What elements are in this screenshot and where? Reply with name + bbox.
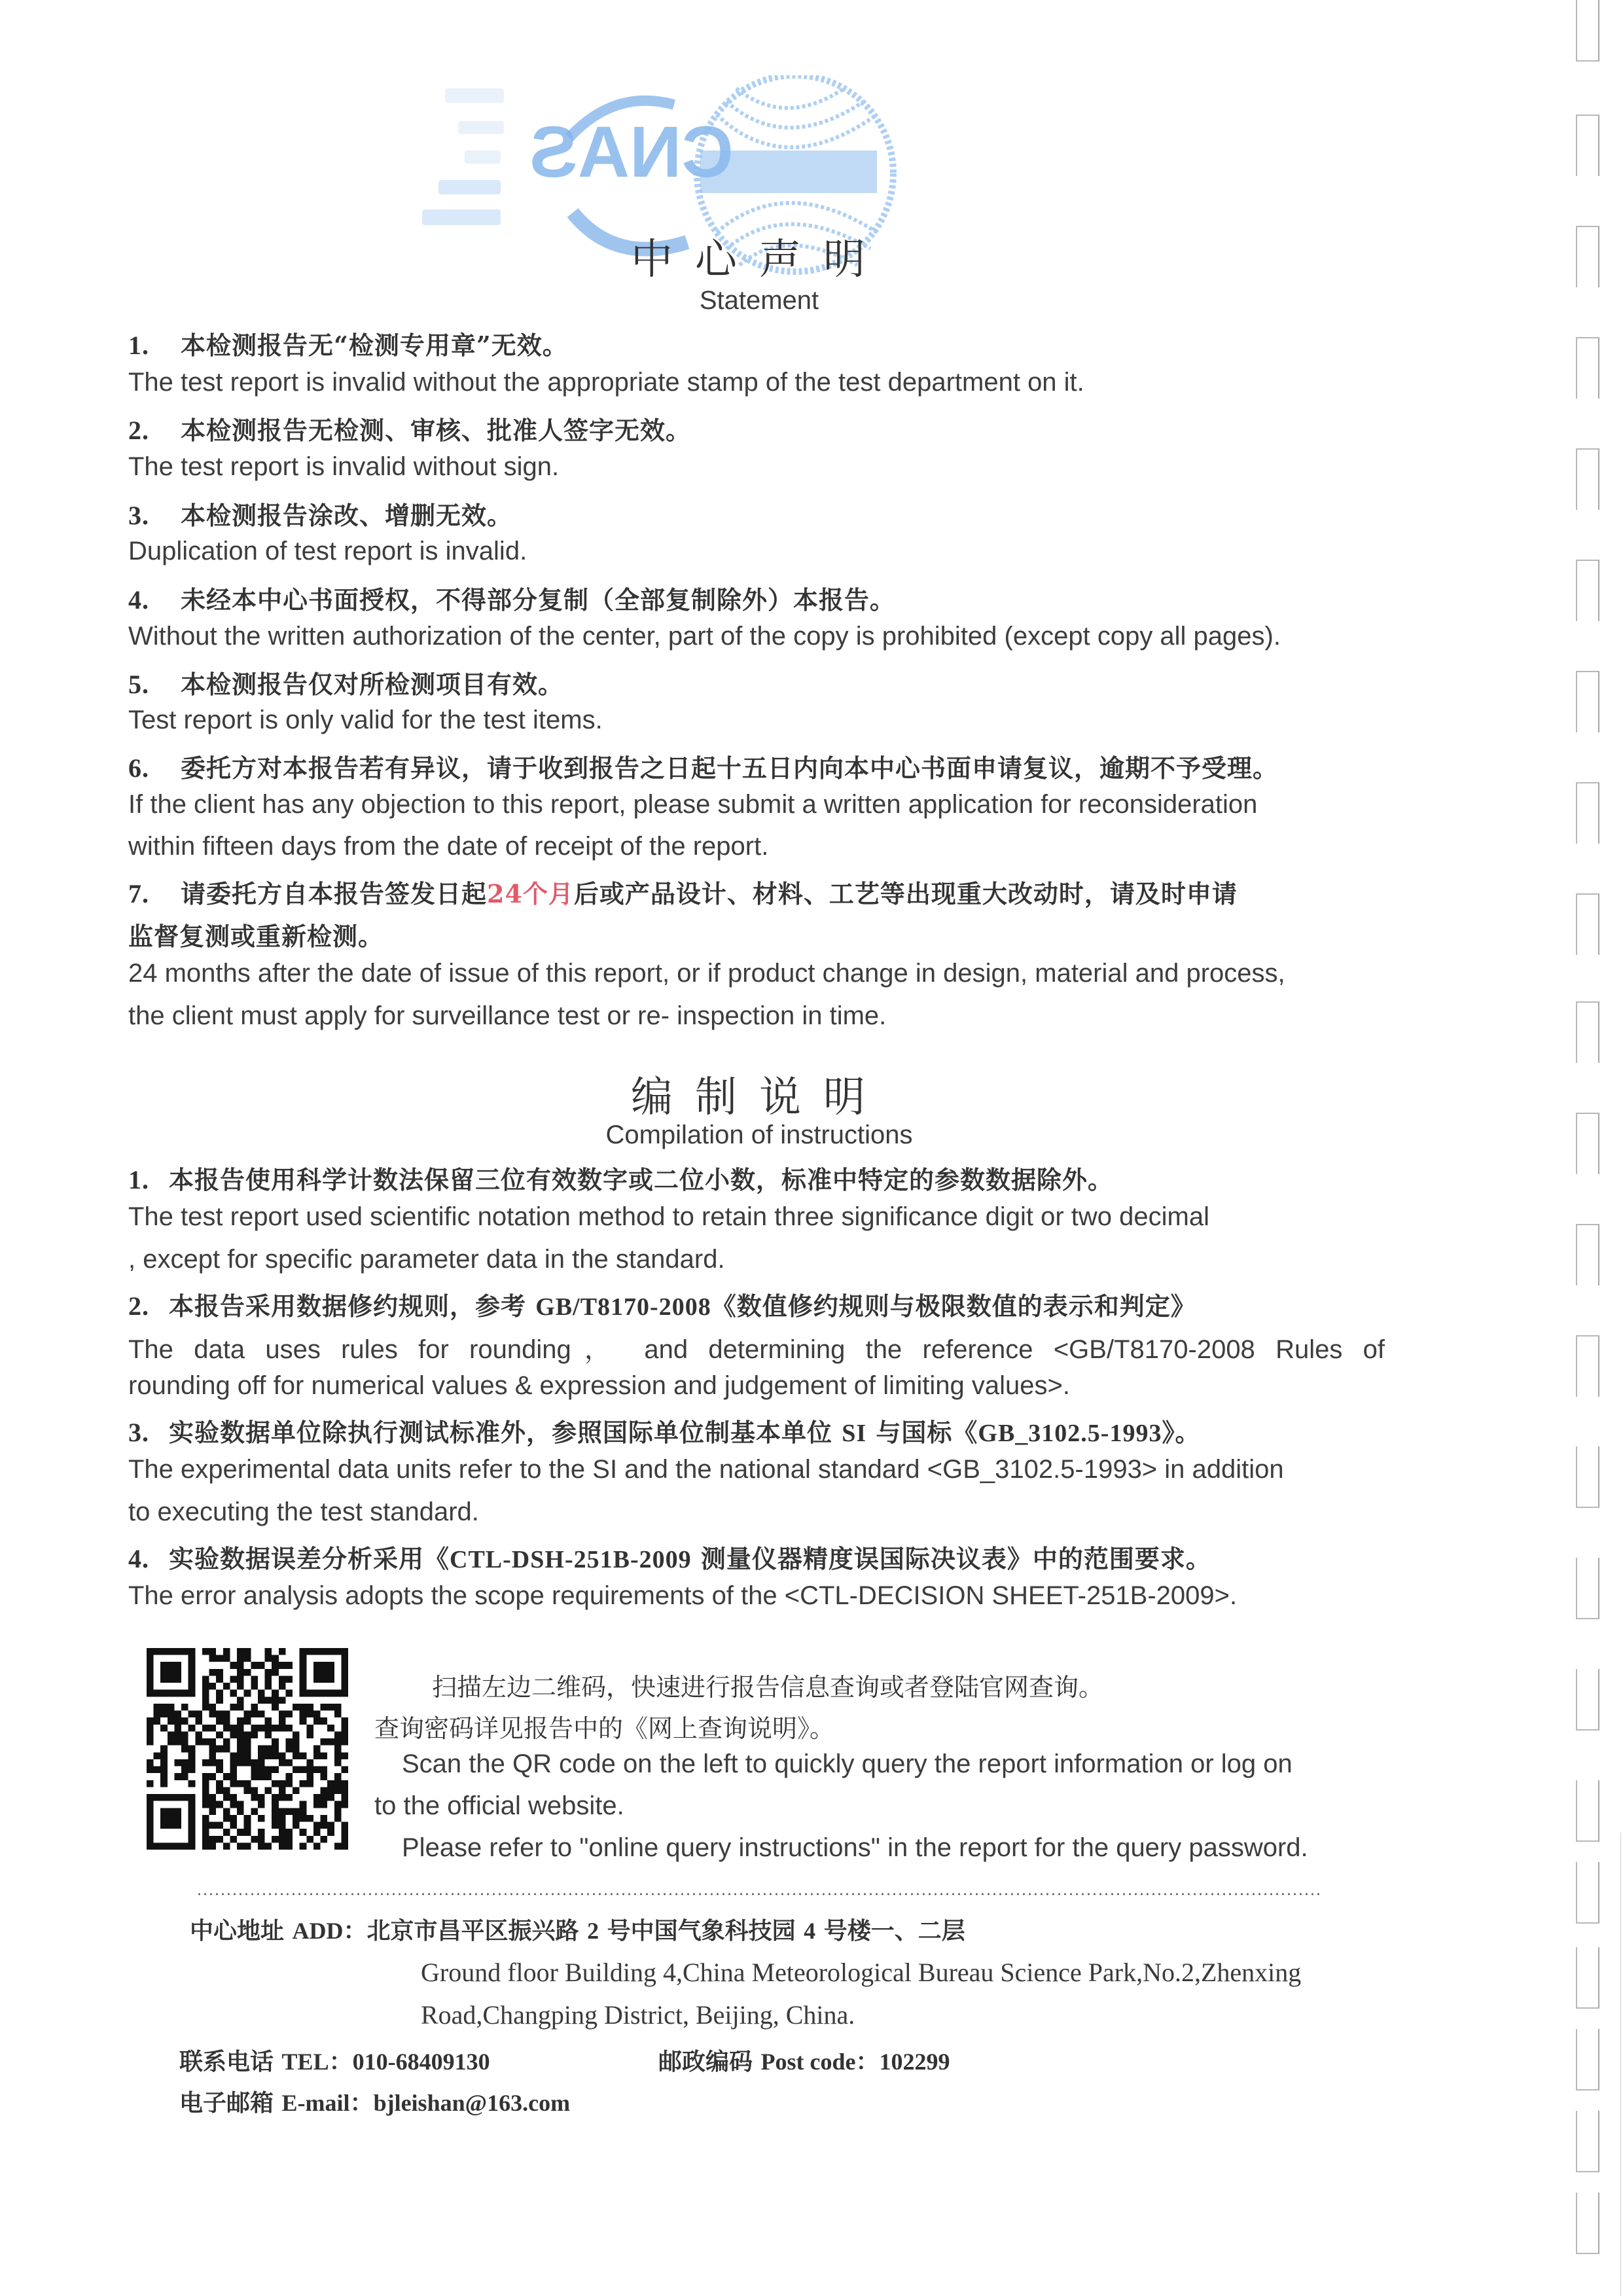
binding-hole-mark bbox=[1576, 1558, 1599, 1619]
address-en-line1: Ground floor Building 4,China Meteorolog… bbox=[421, 1957, 1301, 1988]
binding-hole-mark bbox=[1576, 2029, 1599, 2090]
qr-instruction-cn-line2: 查询密码详见报告中的《网上查询说明》。 bbox=[374, 1708, 834, 1744]
statement-item-7-cn-line2: 监督复测或重新检测。 bbox=[128, 916, 383, 952]
statement-item-1-en: The test report is invalid without the a… bbox=[128, 368, 1084, 397]
address-cn: 中心地址 ADD：北京市昌平区振兴路 2 号中国气象科技园 4 号楼一、二层 bbox=[190, 1912, 965, 1946]
qr-instruction-en-line1: Scan the QR code on the left to quickly … bbox=[402, 1749, 1293, 1779]
binding-hole-mark bbox=[1576, 1335, 1599, 1397]
page-edge-line bbox=[1620, 1833, 1621, 2296]
statement-item-5-cn: 5.本检测报告仅对所检测项目有效。 bbox=[128, 664, 563, 700]
binding-hole-mark bbox=[1576, 0, 1599, 62]
email-address: bjleishan@163.com bbox=[374, 2090, 571, 2116]
statement-item-7-en-line1: 24 months after the date of issue of thi… bbox=[128, 959, 1285, 988]
binding-hole-mark bbox=[1576, 2193, 1599, 2254]
binding-hole-mark bbox=[1576, 337, 1599, 399]
statement-item-6-en-line2: within fifteen days from the date of rec… bbox=[128, 832, 768, 861]
binding-hole-mark bbox=[1576, 448, 1599, 510]
binding-hole-mark bbox=[1576, 1113, 1599, 1174]
compilation-item-2-cn: 2.本报告采用数据修约规则，参考 GB/T8170-2008《数值修约规则与极限… bbox=[128, 1286, 1196, 1322]
binding-hole-mark bbox=[1576, 893, 1599, 955]
svg-text:CNAS: CNAS bbox=[529, 112, 734, 192]
qr-instruction-cn-line1: 扫描左边二维码，快速进行报告信息查询或者登陆官网查询。 bbox=[432, 1667, 1103, 1703]
qr-instruction-en-line3: Please refer to "online query instructio… bbox=[402, 1833, 1308, 1863]
binding-hole-mark bbox=[1576, 1947, 1599, 2009]
statement-item-2-en: The test report is invalid without sign. bbox=[128, 452, 559, 482]
telephone: 联系电话 TEL：010-68409130 bbox=[179, 2043, 490, 2077]
post-code: 邮政编码 Post code：102299 bbox=[658, 2043, 950, 2077]
compilation-item-2-en-line2: rounding off for numerical values & expr… bbox=[128, 1371, 1070, 1401]
document-page: CNAS 中心声明 Statement 1.本检测报告无“检测专用章”无效。 T… bbox=[0, 0, 1623, 2296]
binding-hole-mark bbox=[1576, 1862, 1599, 1924]
statement-item-1-cn: 1.本检测报告无“检测专用章”无效。 bbox=[128, 325, 568, 361]
binding-hole-mark bbox=[1576, 671, 1599, 732]
binding-hole-mark bbox=[1576, 560, 1599, 621]
statement-title-cn: 中心声明 bbox=[0, 226, 1518, 286]
statement-item-4-en: Without the written authorization of the… bbox=[128, 622, 1281, 651]
binding-hole-mark bbox=[1576, 1780, 1599, 1842]
statement-item-4-cn: 4.未经本中心书面授权，不得部分复制（全部复制除外）本报告。 bbox=[128, 580, 895, 616]
statement-item-6-en-line1: If the client has any objection to this … bbox=[128, 790, 1257, 819]
binding-hole-mark bbox=[1576, 2111, 1599, 2172]
compilation-item-1-en-line2: , except for specific parameter data in … bbox=[128, 1245, 725, 1274]
telephone-number: 010-68409130 bbox=[353, 2049, 490, 2075]
statement-item-3-en: Duplication of test report is invalid. bbox=[128, 537, 527, 566]
compilation-item-3-en-line1: The experimental data units refer to the… bbox=[128, 1455, 1284, 1484]
compilation-item-3-cn: 3.实验数据单位除执行测试标准外，参照国际单位制基本单位 SI 与国标《GB_3… bbox=[128, 1412, 1200, 1448]
compilation-item-3-en-line2: to executing the test standard. bbox=[128, 1498, 479, 1527]
qr-instruction-en-line2: to the official website. bbox=[374, 1791, 624, 1821]
binding-hole-mark bbox=[1576, 226, 1599, 287]
email: 电子邮箱 E-mail：bjleishan@163.com bbox=[179, 2085, 570, 2118]
binding-hole-mark bbox=[1576, 1446, 1599, 1508]
binding-hole-mark bbox=[1576, 1224, 1599, 1285]
compilation-item-1-cn: 1.本报告使用科学计数法保留三位有效数字或二位小数，标准中特定的参数数据除外。 bbox=[128, 1160, 1113, 1196]
binding-hole-mark bbox=[1576, 1669, 1599, 1731]
dotted-separator bbox=[196, 1893, 1322, 1895]
compilation-item-4-en: The error analysis adopts the scope requ… bbox=[128, 1581, 1237, 1611]
compilation-item-2-en-line1: The data uses rules for rounding， and de… bbox=[128, 1329, 1385, 1366]
statement-title-en: Statement bbox=[0, 286, 1518, 315]
statement-item-7-en-line2: the client must apply for surveillance t… bbox=[128, 1001, 886, 1031]
compilation-title-en: Compilation of instructions bbox=[0, 1121, 1518, 1150]
compilation-item-1-en-line1: The test report used scientific notation… bbox=[128, 1202, 1209, 1232]
qr-code-icon[interactable] bbox=[147, 1648, 348, 1850]
highlight-24-months: 24个月 bbox=[487, 879, 574, 908]
binding-hole-mark bbox=[1576, 782, 1599, 844]
post-code-value: 102299 bbox=[880, 2049, 950, 2075]
statement-item-2-cn: 2.本检测报告无检测、审核、批准人签字无效。 bbox=[128, 410, 691, 446]
binding-hole-mark bbox=[1576, 115, 1599, 176]
address-en-line2: Road,Changping District, Beijing, China. bbox=[421, 2000, 855, 2030]
statement-item-5-en: Test report is only valid for the test i… bbox=[128, 706, 603, 735]
binding-hole-mark bbox=[1576, 1001, 1599, 1063]
statement-item-7-cn: 7.请委托方自本报告签发日起24个月后或产品设计、材料、工艺等出现重大改动时，请… bbox=[128, 874, 1238, 910]
compilation-title-cn: 编制说明 bbox=[0, 1064, 1518, 1124]
compilation-item-4-cn: 4.实验数据误差分析采用《CTL-DSH-251B-2009 测量仪器精度误国际… bbox=[128, 1539, 1211, 1575]
statement-item-3-cn: 3.本检测报告涂改、增删无效。 bbox=[128, 495, 512, 531]
statement-item-6-cn: 6.委托方对本报告若有异议，请于收到报告之日起十五日内向本中心书面申请复议，逾期… bbox=[128, 748, 1278, 784]
